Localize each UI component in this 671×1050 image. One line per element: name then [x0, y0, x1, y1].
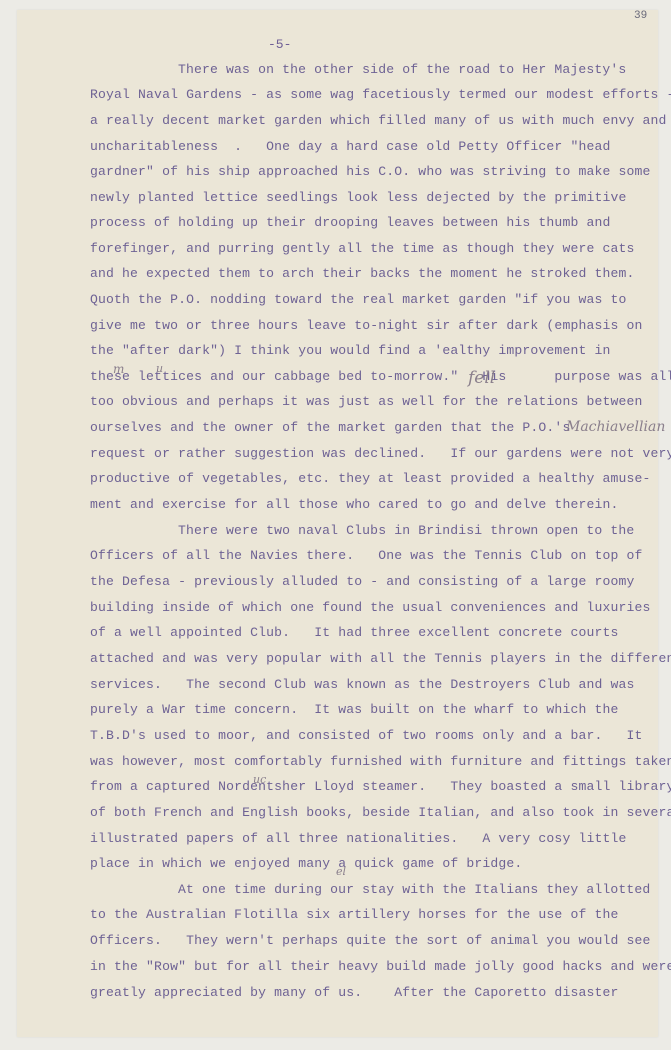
text-line: forefinger, and purring gently all the t…: [90, 241, 635, 256]
folio-number: 39: [634, 10, 647, 22]
text-line: gardner" of his ship approached his C.O.…: [90, 164, 651, 179]
text-line: in the "Row" but for all their heavy bui…: [90, 959, 671, 974]
handwritten-machiavellian: Machiavellian: [566, 419, 665, 435]
handwritten-u: u: [156, 362, 163, 375]
text-line: T.B.D's used to moor, and consisted of t…: [90, 728, 643, 743]
text-line: At one time during our stay with the Ita…: [178, 882, 650, 897]
text-line: give me two or three hours leave to-nigh…: [90, 318, 643, 333]
text-line: newly planted lettice seedlings look les…: [90, 190, 627, 205]
text-line: greatly appreciated by many of us. After…: [90, 985, 619, 1000]
page-number: -5-: [268, 37, 291, 52]
text-line: Quoth the P.O. nodding toward the real m…: [90, 292, 627, 307]
text-line: attached and was very popular with all t…: [90, 651, 671, 666]
text-line: request or rather suggestion was decline…: [90, 446, 671, 461]
text-line: ment and exercise for all those who care…: [90, 497, 619, 512]
text-line: Royal Naval Gardens - as some wag faceti…: [90, 87, 671, 102]
handwritten-fell: fell: [468, 368, 495, 388]
handwritten-uc: uc: [253, 773, 266, 786]
text-line: illustrated papers of all three national…: [90, 831, 627, 846]
text-line: purely a War time concern. It was built …: [90, 702, 619, 717]
handwritten-m: m: [113, 362, 124, 376]
text-line: of both French and English books, beside…: [90, 805, 671, 820]
text-line: too obvious and perhaps it was just as w…: [90, 394, 643, 409]
text-line: a really decent market garden which fill…: [90, 113, 667, 128]
text-line: ourselves and the owner of the market ga…: [90, 420, 570, 435]
text-line: Officers. They wern't perhaps quite the …: [90, 933, 651, 948]
text-line: from a captured Nordentsher Lloyd steame…: [90, 779, 671, 794]
text-line: There were two naval Clubs in Brindisi t…: [178, 523, 634, 538]
text-line: place in which we enjoyed many a quick g…: [90, 856, 522, 871]
text-line: uncharitableness . One day a hard case o…: [90, 139, 611, 154]
handwritten-el: el: [336, 865, 346, 878]
text-line: Officers of all the Navies there. One wa…: [90, 548, 643, 563]
text-line: services. The second Club was known as t…: [90, 677, 635, 692]
text-line: was however, most comfortably furnished …: [90, 754, 671, 769]
text-line: of a well appointed Club. It had three e…: [90, 625, 619, 640]
text-line: and he expected them to arch their backs…: [90, 266, 635, 281]
text-line: the Defesa - previously alluded to - and…: [90, 574, 635, 589]
text-line: building inside of which one found the u…: [90, 600, 651, 615]
text-line: to the Australian Flotilla six artillery…: [90, 907, 619, 922]
text-line: There was on the other side of the road …: [178, 62, 626, 77]
text-line: process of holding up their drooping lea…: [90, 215, 611, 230]
text-line: the "after dark") I think you would find…: [90, 343, 611, 358]
text-line: these lettices and our cabbage bed to-mo…: [90, 369, 671, 384]
text-line: productive of vegetables, etc. they at l…: [90, 471, 651, 486]
